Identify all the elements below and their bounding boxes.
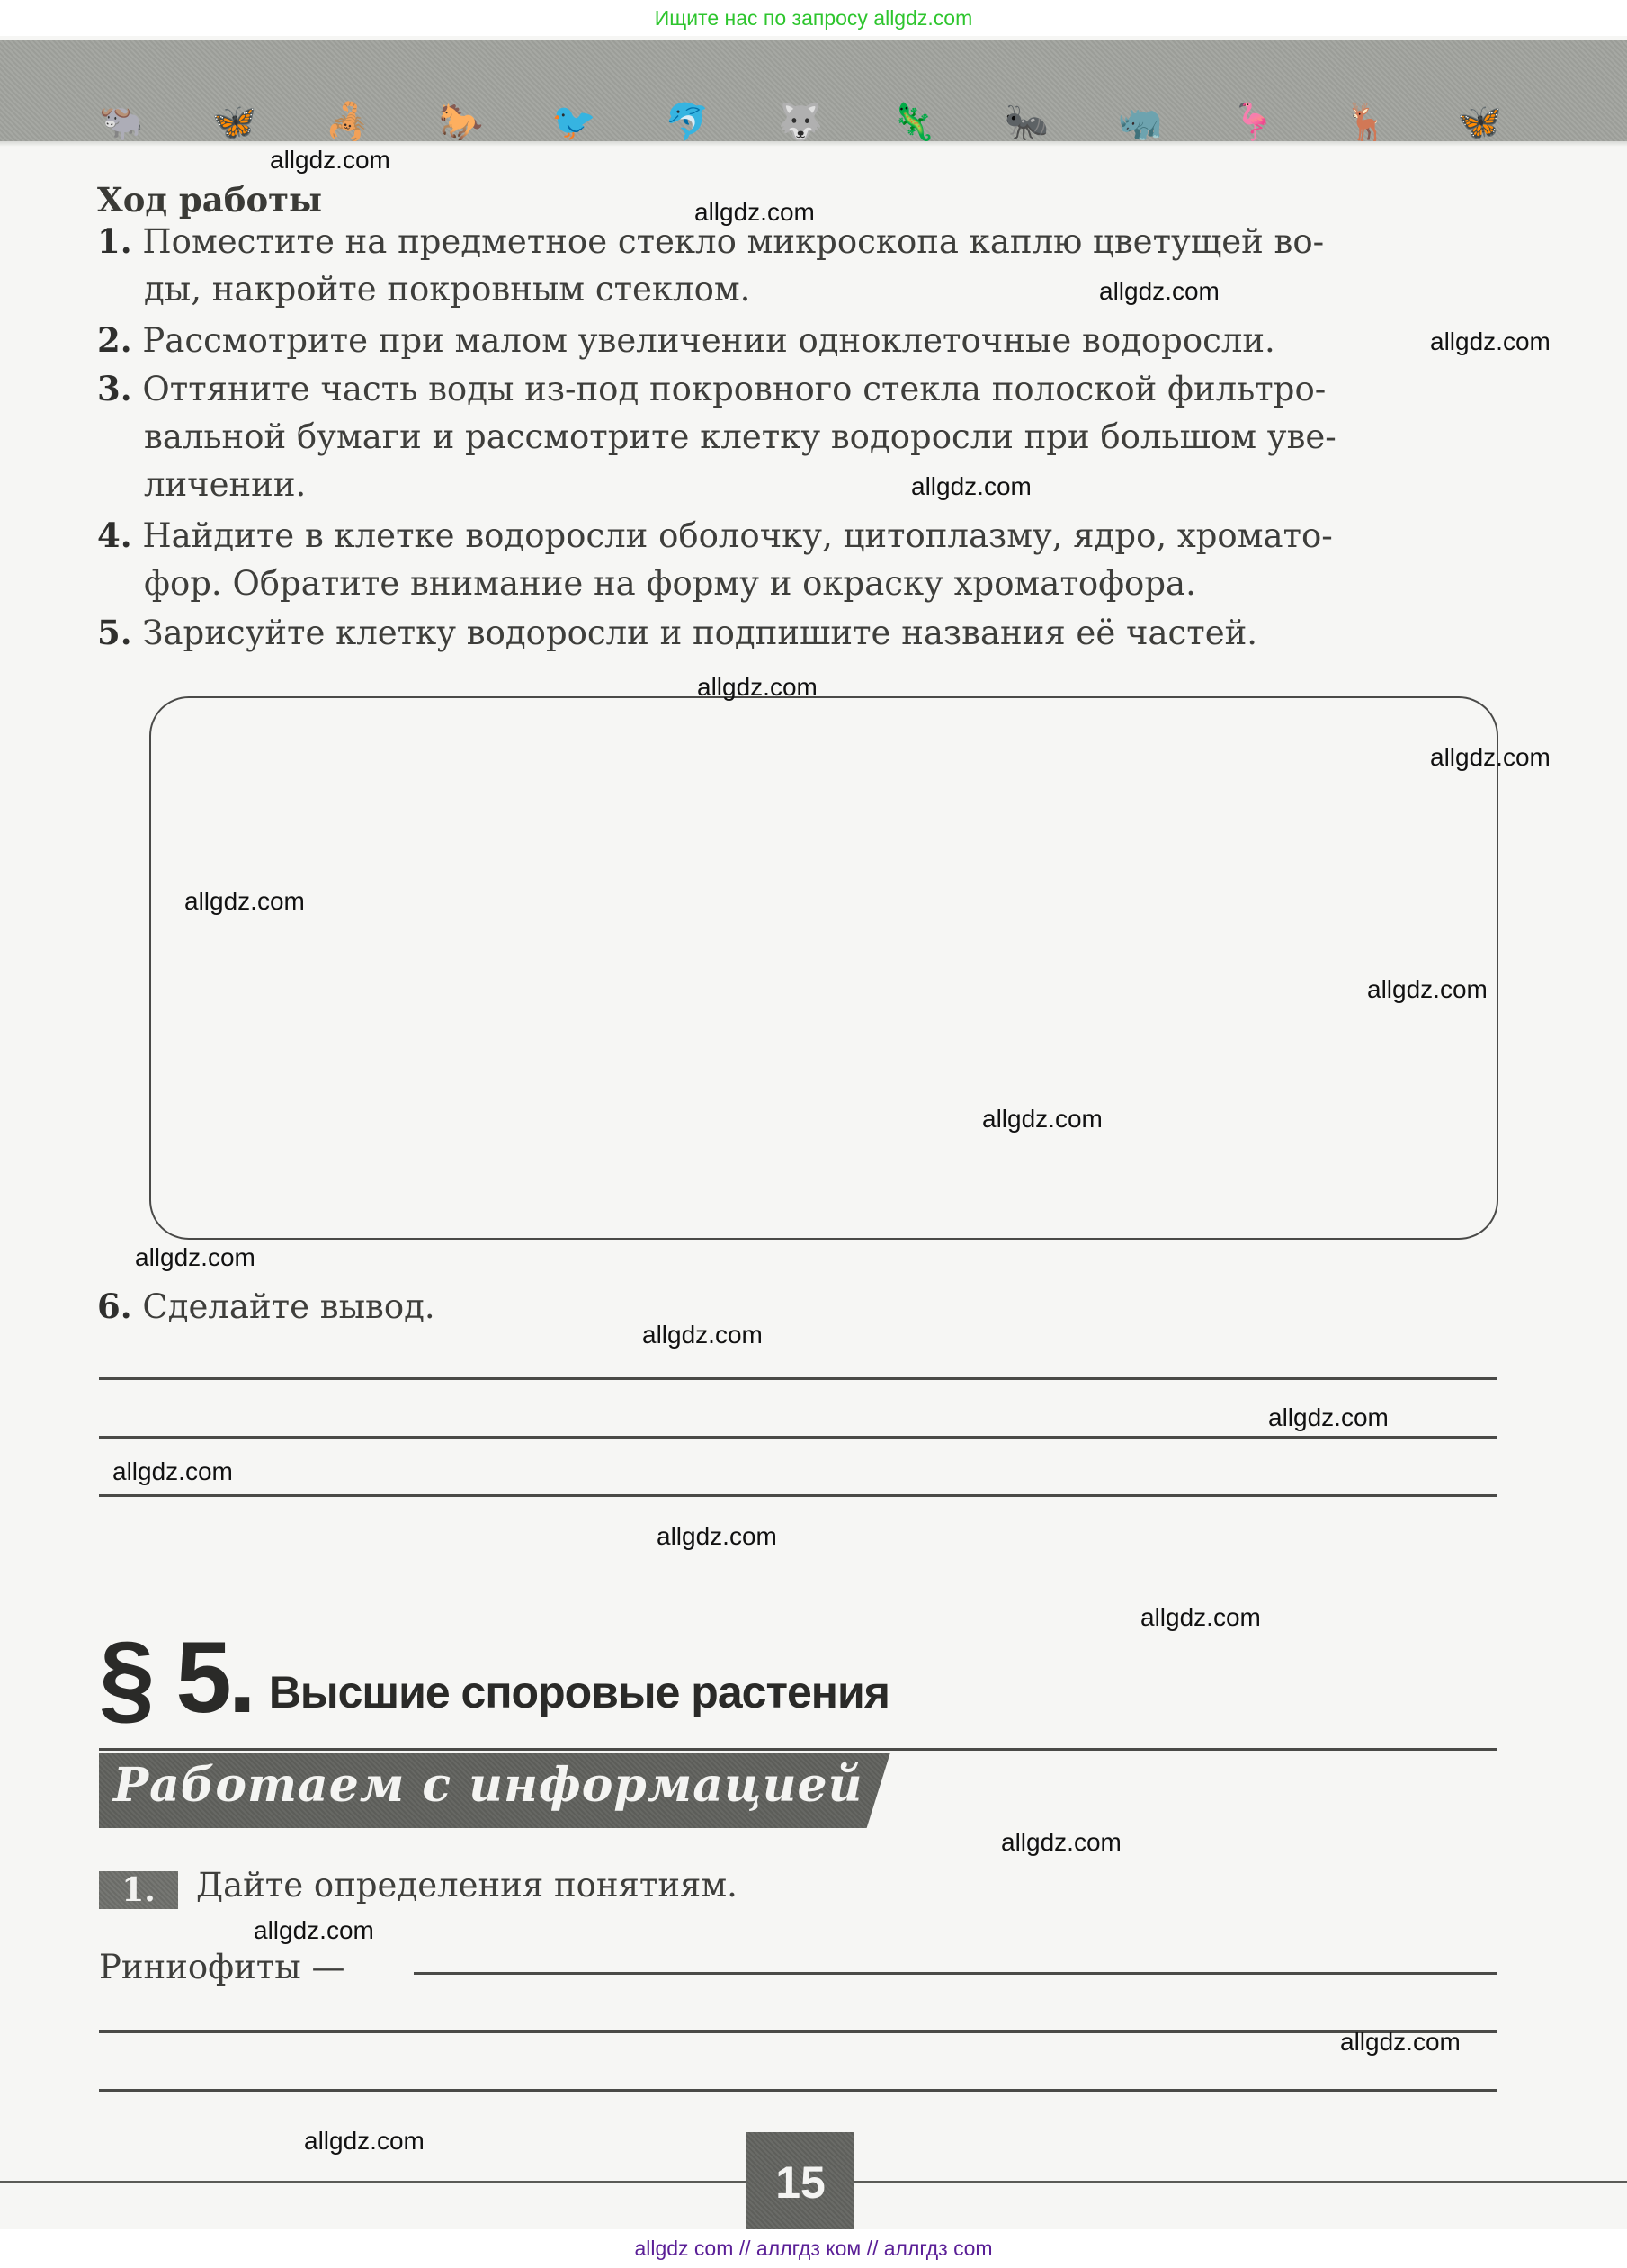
definition-answer-line[interactable] <box>414 1972 1497 1975</box>
animal-silhouettes: 🐃 🦋 🦂 🐎 🐦 🐬 🐺 🦎 🐜 🦏 🦩 🦌 🦋 <box>99 99 1502 142</box>
task-number-badge: 1. <box>99 1871 178 1909</box>
lizard-icon: 🦎 <box>891 103 936 142</box>
section-title: § 5. Высшие споровые растения <box>99 1610 889 1727</box>
section-number: § 5. <box>99 1628 253 1727</box>
watermark: allgdz.com <box>657 1522 777 1551</box>
antelope-icon: 🦌 <box>1344 103 1389 142</box>
step-6: 6. Сделайте вывод. <box>97 1286 435 1326</box>
bison-icon: 🐃 <box>99 103 144 142</box>
watermark: allgdz.com <box>112 1457 233 1486</box>
watermark: allgdz.com <box>135 1243 255 1272</box>
horse-icon: 🐎 <box>439 103 484 142</box>
watermark: allgdz.com <box>697 673 818 702</box>
step-3: 3. Оттяните часть воды из-под покровного… <box>97 369 1336 504</box>
insect-icon: 🐜 <box>1005 103 1050 142</box>
page-number: 15 <box>746 2132 854 2233</box>
watermark: allgdz.com <box>1340 2028 1461 2057</box>
task-instruction: Дайте определения понятиям. <box>196 1866 738 1905</box>
section-name: Высшие споровые растения <box>269 1666 889 1718</box>
watermark: allgdz.com <box>1268 1403 1389 1432</box>
watermark: allgdz.com <box>1099 277 1220 306</box>
dolphin-icon: 🐬 <box>665 103 710 142</box>
butterfly-icon: 🦋 <box>1457 103 1502 142</box>
watermark: allgdz.com <box>911 472 1032 501</box>
term-label: Риниофиты — <box>99 1948 344 1986</box>
watermark: allgdz.com <box>304 2127 425 2156</box>
ostrich-icon: 🦩 <box>1230 103 1275 142</box>
rhino-icon: 🦏 <box>1118 103 1163 142</box>
step-5: 5. Зарисуйте клетку водоросли и подпишит… <box>97 613 1257 652</box>
top-banner-text[interactable]: Ищите нас по запросу allgdz.com <box>655 6 972 30</box>
section-divider <box>99 1748 1497 1751</box>
bottom-banner-text[interactable]: allgdz com // аллгдз ком // аллгдз com <box>634 2237 992 2260</box>
watermark: allgdz.com <box>694 198 815 227</box>
top-banner: Ищите нас по запросу allgdz.com <box>0 0 1627 36</box>
watermark: allgdz.com <box>254 1916 374 1945</box>
conclusion-answer-line[interactable] <box>99 1436 1497 1439</box>
watermark: allgdz.com <box>184 887 305 916</box>
drawing-area[interactable] <box>149 696 1498 1240</box>
watermark: allgdz.com <box>1001 1828 1122 1857</box>
watermark: allgdz.com <box>1367 975 1488 1004</box>
watermark: allgdz.com <box>982 1105 1103 1134</box>
info-band-label: Работаем с информацией <box>113 1758 863 1813</box>
definition-answer-line[interactable] <box>99 2030 1497 2033</box>
scorpion-icon: 🦂 <box>326 103 371 142</box>
procedure-heading: Ход работы <box>97 180 322 220</box>
bottom-banner: allgdz com // аллгдз ком // аллгдз com <box>0 2229 1627 2268</box>
info-band: Работаем с информацией <box>99 1753 890 1828</box>
conclusion-answer-line[interactable] <box>99 1377 1497 1380</box>
wolf-icon: 🐺 <box>778 103 823 142</box>
watermark: allgdz.com <box>642 1321 763 1349</box>
bird-icon: 🐦 <box>551 103 596 142</box>
watermark: allgdz.com <box>1430 743 1551 772</box>
butterfly-icon: 🦋 <box>212 103 257 142</box>
step-2: 2. Рассмотрите при малом увеличении одно… <box>97 320 1275 360</box>
definition-answer-line[interactable] <box>99 2089 1497 2092</box>
watermark: allgdz.com <box>1140 1603 1261 1632</box>
watermark: allgdz.com <box>270 146 390 175</box>
header-shadow <box>0 141 1627 147</box>
step-4: 4. Найдите в клетке водоросли оболочку, … <box>97 515 1333 603</box>
watermark: allgdz.com <box>1430 327 1551 356</box>
conclusion-answer-line[interactable] <box>99 1494 1497 1497</box>
